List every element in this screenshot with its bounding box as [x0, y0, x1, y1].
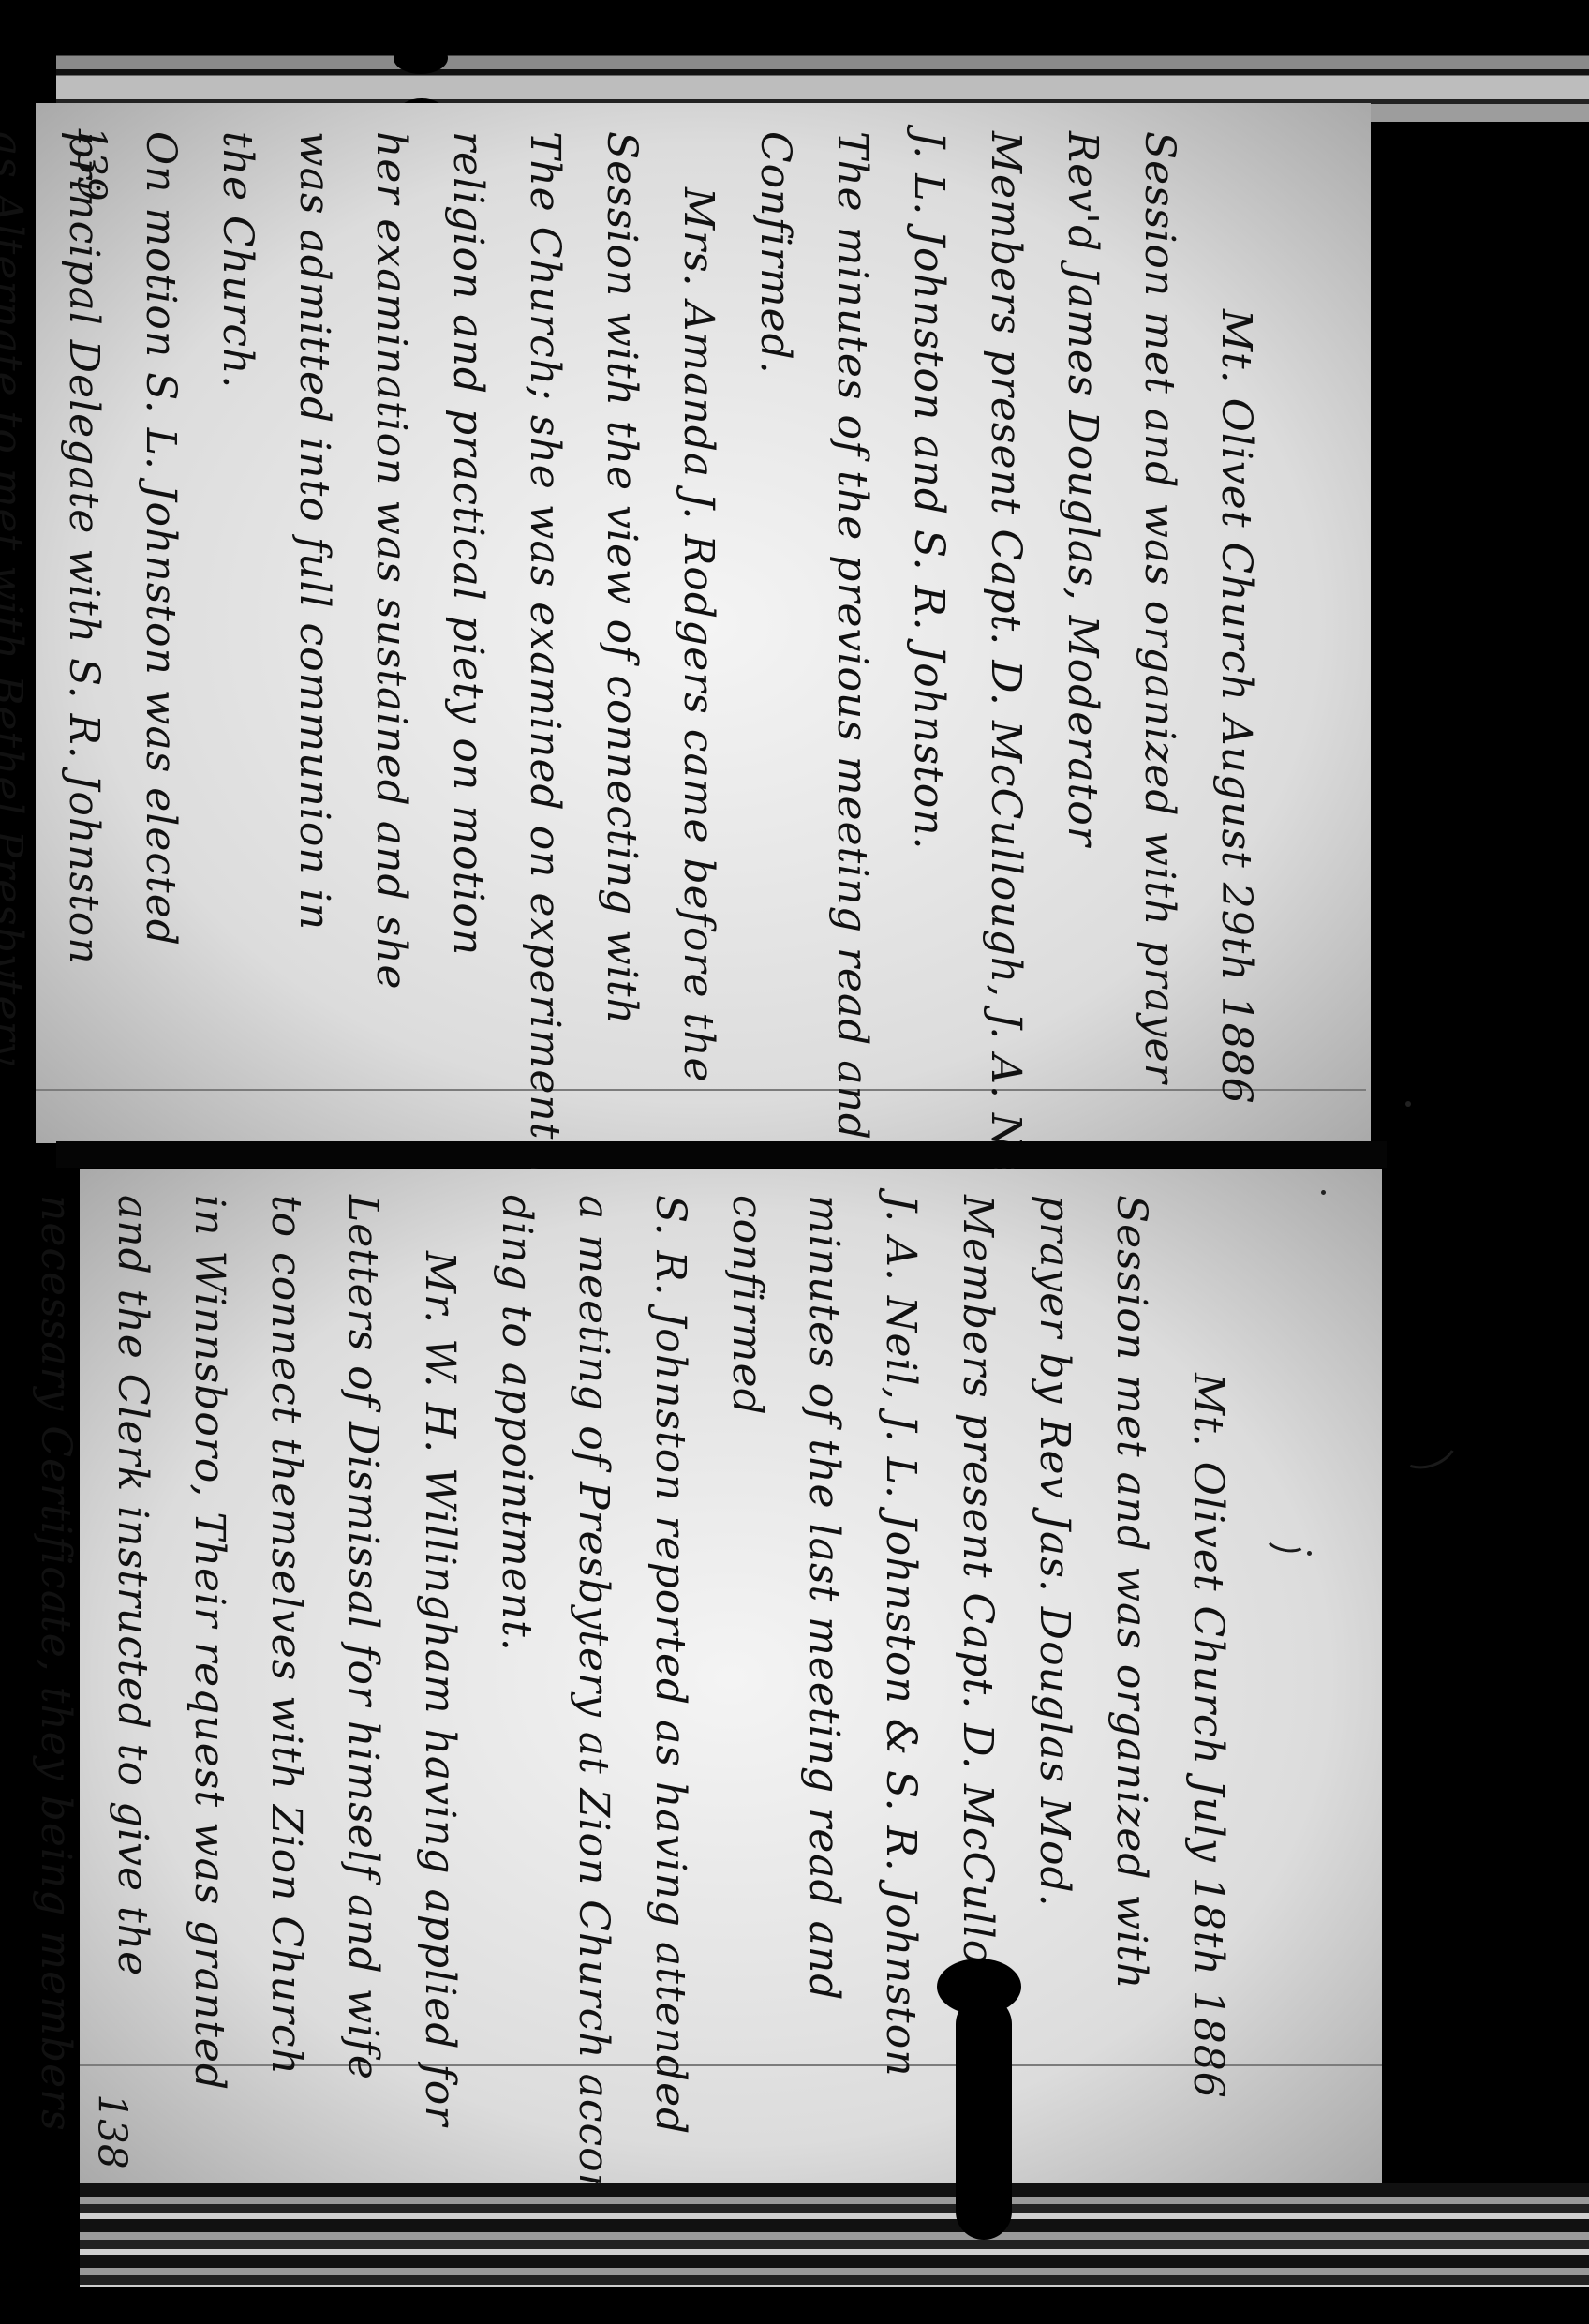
binding-clip-bottom-2 — [956, 1996, 1012, 2240]
entry-heading: Mt. Olivet Church August 29th 1886 — [1197, 131, 1274, 1115]
minutes-line: and the Clerk instructed to give the — [94, 1195, 171, 2160]
minutes-line: religion and practical piety on motion — [429, 131, 506, 1115]
minutes-line: Members present Capt. D. McCullough, J. … — [967, 131, 1044, 1115]
paper-speck — [1321, 1190, 1326, 1195]
minutes-line: Session met and was organized with praye… — [1121, 131, 1197, 1115]
minutes-line: a meeting of Presbytery at Zion Church a… — [555, 1195, 631, 2160]
minutes-line: prayer by Rev Jas. Douglas Mod. — [1016, 1195, 1092, 2160]
minutes-line: Session met and was organized with — [1092, 1195, 1169, 2160]
minutes-line: minutes of the last meeting read and — [785, 1195, 862, 2160]
minutes-line: principal Delegate with S. R. Johnston — [45, 131, 122, 1115]
minutes-line: her examination was sustained and she — [352, 131, 429, 1115]
minutes-line: Letters of Dismissal for himself and wif… — [324, 1195, 401, 2160]
stray-ink-mark — [1390, 1415, 1463, 1477]
minutes-line: The minutes of the previous meeting read… — [813, 131, 890, 1115]
minutes-line: in Winnsboro, Their request was granted — [171, 1195, 247, 2160]
minutes-line: ding to appointment. — [478, 1195, 555, 2160]
minutes-line: Confirmed. — [736, 131, 813, 1115]
minutes-line: The Church; she was examined on experime… — [506, 131, 583, 1115]
paper-speck — [1405, 1101, 1411, 1107]
minutes-line: necessary Certificate, they being member… — [17, 1195, 94, 2160]
minutes-line: J. L. Johnston and S. R. Johnston. — [890, 131, 967, 1115]
minutes-line: S. R. Johnston reported as having attend… — [631, 1195, 708, 2160]
minutes-line: as Alternate to met with Bethel Presbyte… — [0, 131, 45, 1115]
book-binding-bottom — [80, 2183, 1589, 2287]
minutes-line: Mrs. Amanda J. Rodgers came before the — [660, 131, 736, 1115]
minutes-line: confirmed — [708, 1195, 785, 2160]
minutes-line: Rev'd James Douglas, Moderator — [1044, 131, 1121, 1115]
minutes-line: to connect themselves with Zion Church — [247, 1195, 324, 2160]
minutes-line: J. A. Neil, J. L. Johnston & S. R. Johns… — [862, 1195, 939, 2160]
minutes-line: was admitted into full communion in — [275, 131, 352, 1115]
minutes-line: Session with the view of connecting with — [583, 131, 660, 1115]
page-139-text: Mt. Olivet Church August 29th 1886 Sessi… — [0, 131, 1274, 1115]
minutes-line: of good standing in this church. — [0, 1195, 17, 2160]
paper-speck — [1307, 1551, 1312, 1556]
binding-clip-top — [394, 42, 448, 74]
minutes-line: On motion S. L. Johnston was elected — [122, 131, 199, 1115]
entry-heading: Mt. Olivet Church July 18th 1886 — [1169, 1195, 1246, 2160]
minutes-line: Mr. W. H. Willingham having applied for — [401, 1195, 478, 2160]
page-138-text: Mt. Olivet Church July 18th 1886 Session… — [0, 1195, 1246, 2160]
minutes-line: the Church. — [199, 131, 275, 1115]
page-gutter — [56, 1141, 1387, 1168]
